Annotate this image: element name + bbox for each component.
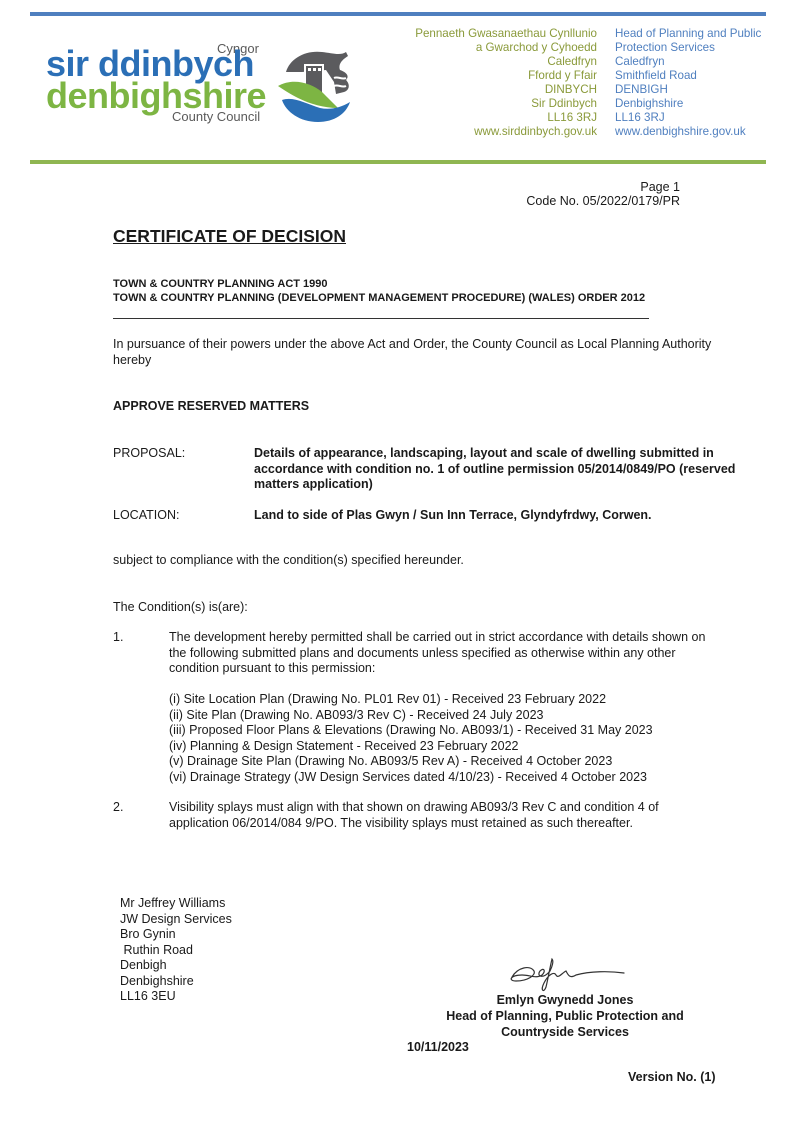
proposal-line: accordance with condition no. 1 of outli… <box>254 462 750 478</box>
proposal-line: matters application) <box>254 477 750 493</box>
address-welsh-line: Pennaeth Gwasanaethau Cynllunio <box>380 27 597 41</box>
council-logo: Cyngor sir ddinbych denbighshire County … <box>44 30 364 130</box>
address-welsh-line: Caledfryn <box>380 55 597 69</box>
recipient-address: Mr Jeffrey Williams JW Design Services B… <box>120 896 232 1005</box>
logo-county-council-text: County Council <box>172 109 260 124</box>
condition-text: Visibility splays must align with that s… <box>169 800 709 831</box>
recipient-line: Denbigh <box>120 958 232 974</box>
recipient-line: Bro Gynin <box>120 927 232 943</box>
document-title: CERTIFICATE OF DECISION <box>113 226 346 247</box>
address-welsh-website[interactable]: www.sirddinbych.gov.uk <box>380 125 597 139</box>
recipient-line: Mr Jeffrey Williams <box>120 896 232 912</box>
signatory-name: Emlyn Gwynedd Jones <box>420 992 710 1008</box>
decision-date: 10/11/2023 <box>407 1040 469 1054</box>
condition-plans-list: (i) Site Location Plan (Drawing No. PL01… <box>169 692 729 785</box>
recipient-line: Denbighshire <box>120 974 232 990</box>
recipient-line: Ruthin Road <box>120 943 232 959</box>
page-number: Page 1 <box>560 180 680 194</box>
address-english-website[interactable]: www.denbighshire.gov.uk <box>615 125 795 139</box>
plan-list-item: (i) Site Location Plan (Drawing No. PL01… <box>169 692 729 708</box>
header-bottom-rule <box>30 160 766 164</box>
address-english-line: LL16 3RJ <box>615 111 795 125</box>
proposal-label: PROPOSAL: <box>113 446 185 460</box>
signatory-title: Countryside Services <box>420 1024 710 1040</box>
header-top-rule <box>30 12 766 16</box>
address-english-line: Protection Services <box>615 41 795 55</box>
proposal-line: Details of appearance, landscaping, layo… <box>254 446 750 462</box>
decision-heading: APPROVE RESERVED MATTERS <box>113 399 309 413</box>
code-number: Code No. 05/2022/0179/PR <box>470 194 680 208</box>
pursuance-paragraph: In pursuance of their powers under the a… <box>113 337 733 368</box>
address-welsh-line: LL16 3RJ <box>380 111 597 125</box>
conditions-heading: The Condition(s) is(are): <box>113 600 248 616</box>
address-english-line: Smithfield Road <box>615 69 795 83</box>
plan-list-item: (iv) Planning & Design Statement - Recei… <box>169 739 729 755</box>
condition-number: 1. <box>113 630 123 644</box>
subject-to-conditions-text: subject to compliance with the condition… <box>113 553 464 569</box>
castle-wave-emblem-icon <box>276 42 356 122</box>
plan-list-item: (iii) Proposed Floor Plans & Elevations … <box>169 723 729 739</box>
location-label: LOCATION: <box>113 508 179 522</box>
address-welsh-line: DINBYCH <box>380 83 597 97</box>
address-english-line: Caledfryn <box>615 55 795 69</box>
location-value: Land to side of Plas Gwyn / Sun Inn Terr… <box>254 508 652 522</box>
act-heading: TOWN & COUNTRY PLANNING ACT 1990 <box>113 278 328 290</box>
order-heading: TOWN & COUNTRY PLANNING (DEVELOPMENT MAN… <box>113 292 645 304</box>
signatory-title: Head of Planning, Public Protection and <box>420 1008 710 1024</box>
condition-number: 2. <box>113 800 123 814</box>
section-divider <box>113 318 649 319</box>
address-english-line: Head of Planning and Public <box>615 27 795 41</box>
recipient-line: JW Design Services <box>120 912 232 928</box>
address-english-line: DENBIGH <box>615 83 795 97</box>
address-english-line: Denbighshire <box>615 97 795 111</box>
signatory-block: Emlyn Gwynedd Jones Head of Planning, Pu… <box>420 992 710 1040</box>
address-welsh-line: a Gwarchod y Cyhoedd <box>380 41 597 55</box>
address-welsh-line: Ffordd y Ffair <box>380 69 597 83</box>
condition-text: The development hereby permitted shall b… <box>169 630 709 677</box>
address-welsh-line: Sir Ddinbych <box>380 97 597 111</box>
handwritten-signature-icon <box>500 955 630 995</box>
address-english: Head of Planning and Public Protection S… <box>615 27 795 139</box>
plan-list-item: (v) Drainage Site Plan (Drawing No. AB09… <box>169 754 729 770</box>
proposal-value: Details of appearance, landscaping, layo… <box>254 446 750 493</box>
plan-list-item: (vi) Drainage Strategy (JW Design Servic… <box>169 770 729 786</box>
address-welsh: Pennaeth Gwasanaethau Cynllunio a Gwarch… <box>380 27 597 139</box>
recipient-line: LL16 3EU <box>120 989 232 1005</box>
version-number: Version No. (1) <box>628 1070 716 1084</box>
plan-list-item: (ii) Site Plan (Drawing No. AB093/3 Rev … <box>169 708 729 724</box>
